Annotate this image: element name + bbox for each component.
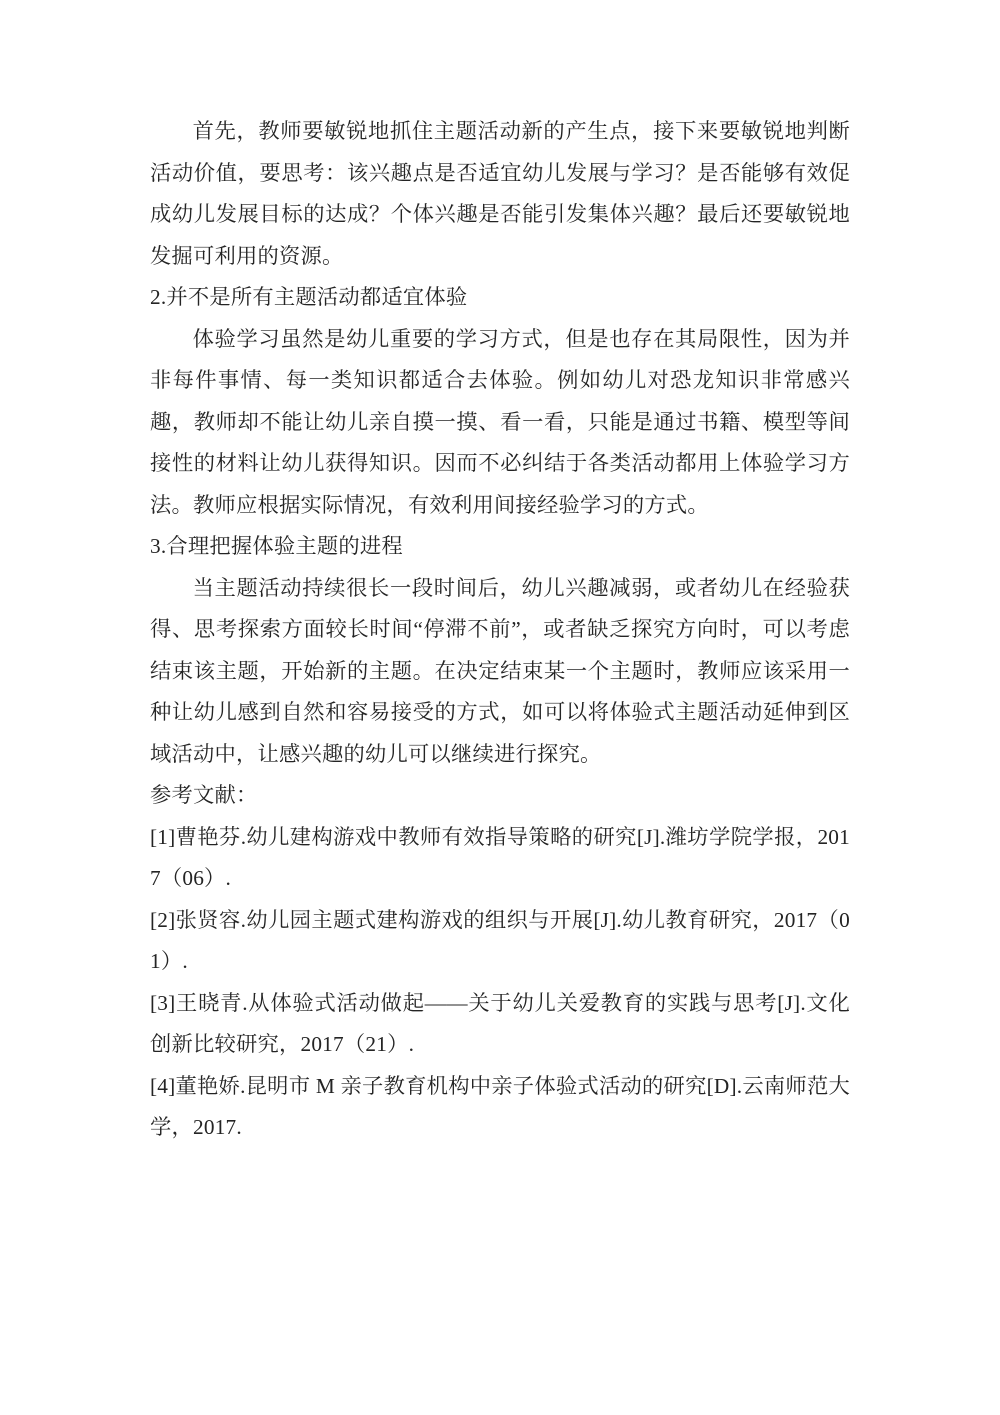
document-page: 首先，教师要敏锐地抓住主题活动新的产生点，接下来要敏锐地判断活动价值，要思考：该… <box>0 0 1000 1415</box>
reference-item-3: [3]王晓青.从体验式活动做起——关于幼儿关爱教育的实践与思考[J].文化创新比… <box>150 983 850 1066</box>
reference-item-1: [1]曹艳芬.幼儿建构游戏中教师有效指导策略的研究[J].潍坊学院学报，2017… <box>150 817 850 900</box>
references-header: 参考文献： <box>150 775 850 817</box>
reference-item-4: [4]董艳娇.昆明市 M 亲子教育机构中亲子体验式活动的研究[D].云南师范大学… <box>150 1066 850 1149</box>
document-text-block: 首先，教师要敏锐地抓住主题活动新的产生点，接下来要敏锐地判断活动价值，要思考：该… <box>150 111 850 1149</box>
section-heading-2: 2.并不是所有主题活动都适宜体验 <box>150 277 850 319</box>
body-paragraph: 首先，教师要敏锐地抓住主题活动新的产生点，接下来要敏锐地判断活动价值，要思考：该… <box>150 111 850 277</box>
section-heading-3: 3.合理把握体验主题的进程 <box>150 526 850 568</box>
body-paragraph: 体验学习虽然是幼儿重要的学习方式，但是也存在其局限性，因为并非每件事情、每一类知… <box>150 319 850 527</box>
reference-item-2: [2]张贤容.幼儿园主题式建构游戏的组织与开展[J].幼儿教育研究，2017（0… <box>150 900 850 983</box>
body-paragraph: 当主题活动持续很长一段时间后，幼儿兴趣减弱，或者幼儿在经验获得、思考探索方面较长… <box>150 568 850 776</box>
